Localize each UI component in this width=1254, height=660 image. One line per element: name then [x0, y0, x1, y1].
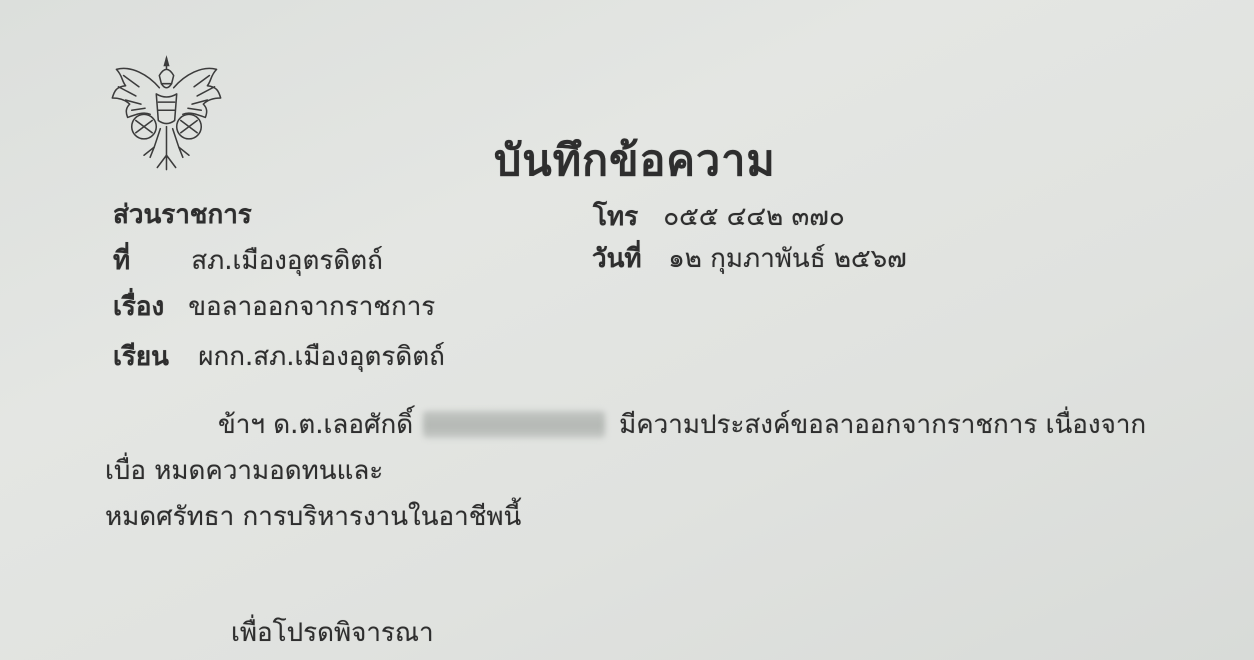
- agency-label: ส่วนราชการ: [113, 194, 252, 235]
- recipient-value: ผกก.สภ.เมืองอุตรดิตถ์: [198, 342, 445, 372]
- recipient-row: เรียน ผกก.สภ.เมืองอุตรดิตถ์: [113, 336, 445, 377]
- date-label: วันที่: [592, 238, 660, 279]
- date-value: ๑๒ กุมภาพันธ์ ๒๕๖๗: [668, 244, 906, 274]
- body-intro: ข้าฯ ด.ต.เลอศักดิ์: [218, 410, 413, 440]
- document-number-row: ที่ สภ.เมืองอุตรดิตถ์: [113, 240, 383, 281]
- date-row: วันที่ ๑๒ กุมภาพันธ์ ๒๕๖๗: [592, 238, 907, 279]
- document-title: บันทึกข้อความ: [494, 126, 776, 194]
- document-number-value: สภ.เมืองอุตรดิตถ์: [191, 246, 383, 276]
- telephone-label: โทร: [593, 196, 655, 237]
- redacted-name: [423, 411, 605, 438]
- subject-row: เรื่อง ขอลาออกจากราชการ: [113, 286, 435, 327]
- subject-value: ขอลาออกจากราชการ: [188, 292, 435, 322]
- body-line2: หมดศรัทธา การบริหารงานในอาชีพนี้: [105, 502, 521, 532]
- memo-document: บันทึกข้อความ ส่วนราชการ โทร ๐๕๕ ๔๔๒ ๓๗๐…: [0, 0, 1254, 660]
- subject-label: เรื่อง: [113, 286, 180, 327]
- telephone-value: ๐๕๕ ๔๔๒ ๓๗๐: [663, 202, 844, 232]
- closing-line: เพื่อโปรดพิจารณา: [231, 612, 434, 653]
- document-number-label: ที่: [113, 240, 183, 281]
- telephone-row: โทร ๐๕๕ ๔๔๒ ๓๗๐: [593, 196, 845, 237]
- agency-row: ส่วนราชการ: [113, 194, 252, 235]
- recipient-label: เรียน: [113, 336, 190, 377]
- body-paragraph: ข้าฯ ด.ต.เลอศักดิ์มีความประสงค์ขอลาออกจา…: [105, 402, 1187, 540]
- garuda-emblem-icon: [103, 52, 231, 190]
